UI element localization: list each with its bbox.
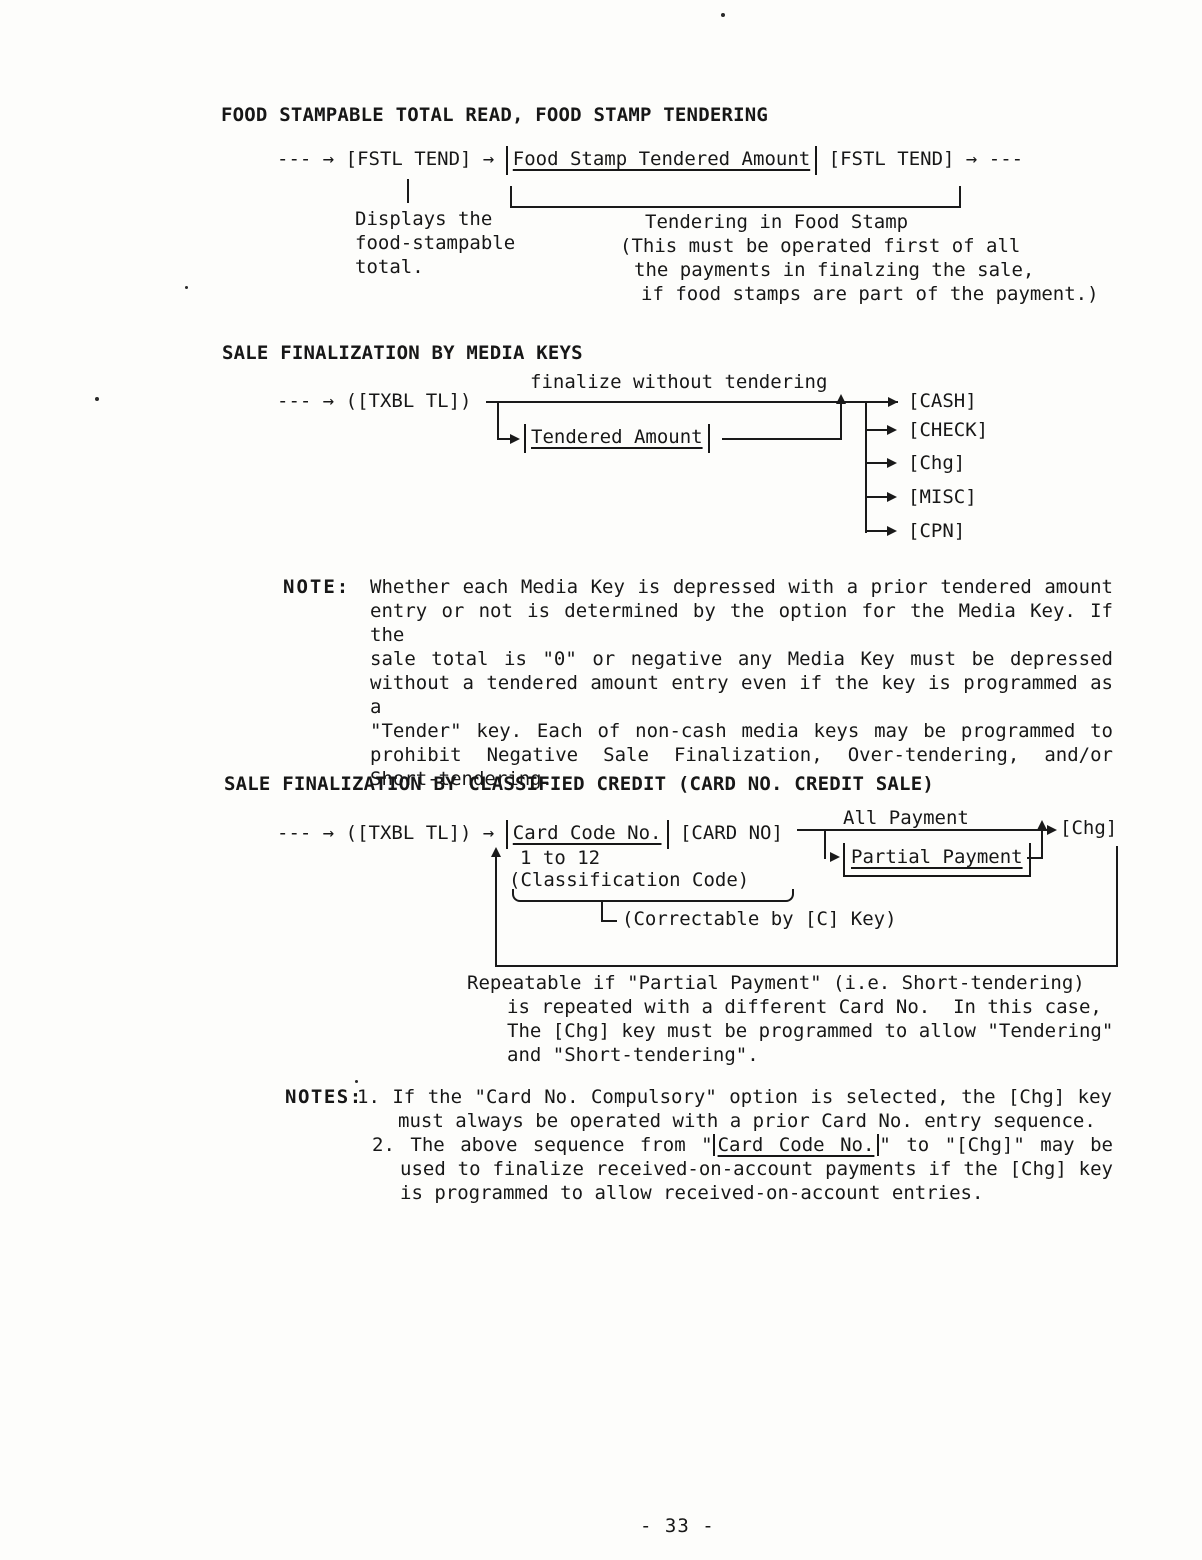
card-code-no-inline-box: Card Code No. (713, 1134, 880, 1156)
notes-label: NOTES: (285, 1085, 363, 1109)
fstl-tend-callout-line (407, 179, 409, 203)
notes-item-2-line-2: used to finalize received-on-account pay… (400, 1157, 1113, 1181)
flow-segment-post: [FSTL TEND] → --- (817, 147, 1023, 171)
arrow-right-icon (887, 458, 897, 468)
food-stamp-flow-line: --- → [FSTL TEND] → Food Stamp Tendered … (277, 146, 1023, 175)
arrow-right-icon (887, 526, 897, 536)
displays-note-line: food-stampable (355, 231, 515, 255)
tendered-amount-label: Tendered Amount (531, 426, 703, 448)
correctable-connector (601, 900, 617, 922)
media-key-misc: [MISC] (908, 485, 977, 509)
media-keys-trunk-line (865, 401, 867, 533)
displays-note-line: Displays the (355, 207, 515, 231)
media-keys-flow-start: --- → ([TXBL TL]) (277, 389, 471, 413)
arrow-up-icon (836, 394, 846, 404)
section-title-classified-credit: SALE FINALIZATION BY CLASSIFIED CREDIT (… (224, 772, 934, 796)
partial-payment-label: Partial Payment (851, 846, 1023, 868)
notes-item-text: " to "[Chg]" may be (879, 1134, 1113, 1156)
media-key-check: [CHECK] (908, 418, 988, 442)
scan-speck (185, 286, 188, 289)
flow-connector-line (722, 438, 842, 440)
note-line: Whether each Media Key is depressed with… (370, 575, 1113, 599)
media-keys-note: Whether each Media Key is depressed with… (370, 575, 1113, 791)
notes-item-2-line-1: 2. The above sequence from "Card Code No… (372, 1133, 1113, 1157)
note-line: without a tendered amount entry even if … (370, 671, 1113, 719)
arrow-right-icon (1047, 825, 1057, 835)
repeatable-note-line: The [Chg] key must be programmed to allo… (507, 1019, 1113, 1043)
notes-item-2-line-3: is programmed to allow received-on-accou… (400, 1181, 983, 1205)
chg-key-label: [Chg] (1060, 816, 1117, 840)
arrow-right-icon (510, 434, 520, 444)
finalize-without-tendering-label: finalize without tendering (530, 370, 827, 394)
repeatable-note-line: and "Short-tendering". (507, 1043, 1113, 1067)
tendering-span-bracket (510, 186, 961, 208)
arrow-right-icon (888, 397, 898, 407)
tendering-note-line: Tendering in Food Stamp (645, 210, 1099, 234)
notes-item-number: 2. (372, 1134, 410, 1156)
tendering-note: Tendering in Food Stamp (This must be op… (620, 210, 1099, 306)
scan-speck (355, 1080, 358, 1083)
repeat-loop-line (495, 856, 497, 966)
correctable-label: (Correctable by [C] Key) (622, 907, 897, 931)
tendering-note-line: the payments in finalzing the sale, (634, 258, 1099, 282)
flow-connector-line (865, 530, 889, 532)
arrow-right-icon (887, 492, 897, 502)
flow-connector-line (1041, 829, 1043, 859)
flow-segment-pre: --- → [FSTL TEND] → (277, 147, 506, 171)
notes-item-text: If the "Card No. Compulsory" option is s… (392, 1086, 1112, 1108)
repeatable-note: Repeatable if "Partial Payment" (i.e. Sh… (467, 971, 1113, 1067)
digits-range-label: 1 to 12 (520, 846, 600, 870)
card-code-no-box: Card Code No. (506, 820, 669, 849)
arrow-up-icon (491, 847, 501, 857)
correctable-brace (512, 889, 794, 902)
repeatable-note-line: is repeated with a different Card No. In… (507, 995, 1113, 1019)
flow-segment-pre: --- → ([TXBL TL]) → (277, 821, 506, 845)
note-line: "Tender" key. Each of non-cash media key… (370, 719, 1113, 743)
notes-item-1-line-2: must always be operated with a prior Car… (398, 1109, 1096, 1133)
displays-note: Displays the food-stampable total. (355, 207, 515, 279)
notes-item-number: 1. (357, 1086, 392, 1108)
repeat-loop-line (495, 965, 1118, 967)
repeatable-note-line: Repeatable if "Partial Payment" (i.e. Sh… (467, 971, 1113, 995)
flow-connector-line (497, 402, 499, 440)
displays-note-line: total. (355, 255, 515, 279)
food-stamp-tendered-amount-box: Food Stamp Tendered Amount (506, 146, 817, 175)
notes-item-1-line-1: 1. If the "Card No. Compulsory" option i… (357, 1085, 1112, 1109)
partial-payment-box: Partial Payment (843, 843, 1031, 877)
scan-speck (721, 13, 725, 17)
media-key-cash: [CASH] (908, 389, 977, 413)
page-number: - 33 - (640, 1514, 715, 1538)
section-title-food-stamp: FOOD STAMPABLE TOTAL READ, FOOD STAMP TE… (221, 103, 768, 127)
note-line: prohibit Negative Sale Finalization, Ove… (370, 743, 1113, 767)
all-payment-label: All Payment (843, 806, 969, 830)
section-title-media-keys: SALE FINALIZATION BY MEDIA KEYS (222, 341, 583, 365)
tendered-amount-box: Tendered Amount (524, 424, 710, 453)
scan-speck (95, 397, 99, 401)
note-label: NOTE: (283, 575, 350, 599)
food-stamp-tendered-amount-label: Food Stamp Tendered Amount (513, 148, 810, 170)
media-key-chg: [Chg] (908, 451, 965, 475)
classified-credit-flow-line: --- → ([TXBL TL]) → Card Code No. [CARD … (277, 820, 783, 849)
arrow-up-icon (1037, 820, 1047, 830)
media-key-cpn: [CPN] (908, 519, 965, 543)
card-code-no-label: Card Code No. (513, 822, 662, 844)
note-line: sale total is "0" or negative any Media … (370, 647, 1113, 671)
flow-connector-line (865, 462, 889, 464)
flow-connector-line (865, 429, 889, 431)
flow-connector-line (824, 830, 826, 859)
flow-connector-line (840, 402, 842, 440)
arrow-right-icon (830, 852, 840, 862)
manual-page: FOOD STAMPABLE TOTAL READ, FOOD STAMP TE… (0, 0, 1202, 1560)
flow-segment-post: [CARD NO] (669, 821, 783, 845)
note-line: entry or not is determined by the option… (370, 599, 1113, 647)
flow-connector-line (797, 829, 1047, 831)
notes-item-text: The above sequence from " (410, 1134, 712, 1156)
tendering-note-line: if food stamps are part of the payment.) (641, 282, 1099, 306)
repeat-loop-line (1116, 846, 1118, 967)
tendering-note-line: (This must be operated first of all (620, 234, 1099, 258)
arrow-right-icon (887, 425, 897, 435)
flow-connector-line (865, 496, 889, 498)
